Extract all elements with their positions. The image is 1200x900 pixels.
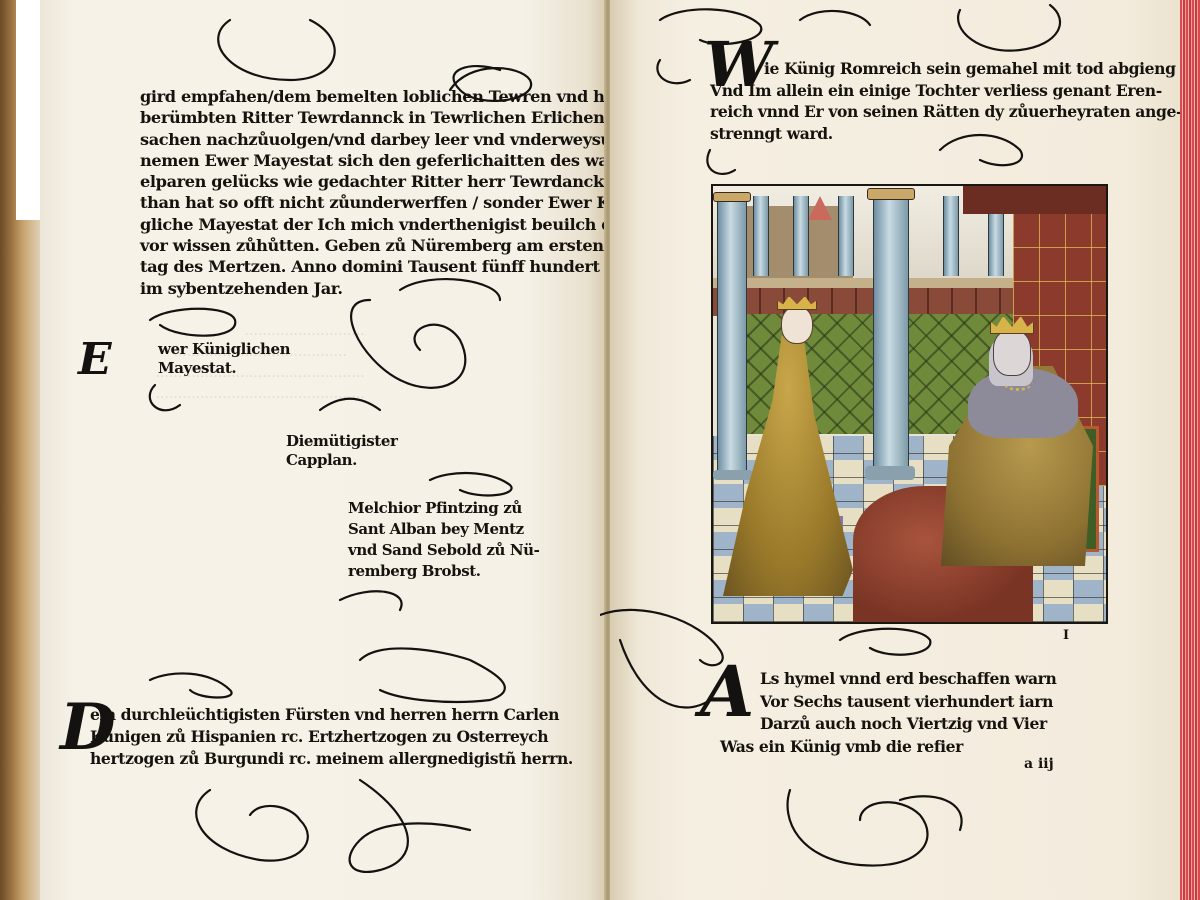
- queen-head: [781, 306, 813, 344]
- verse-line: Was ein Künig vmb die refier: [720, 736, 1056, 759]
- tower-roof: [808, 196, 832, 220]
- signatory-name-line: vnd Sand Sebold zů Nü-: [348, 540, 539, 561]
- small-column: [838, 196, 854, 276]
- text-line: vor wissen zůhůtten. Geben zů Nüremberg …: [140, 235, 648, 256]
- heading-line: ie Künig Romreich sein gemahel mit tod a…: [764, 58, 1182, 80]
- text-line: than hat so offt nicht zůunderwerffen / …: [140, 192, 648, 213]
- dedication-line: hertzogen zů Burgundi rc. meinem allergn…: [90, 748, 573, 770]
- heading-line: Vnd Im allein ein einige Tochter verlies…: [710, 80, 1182, 102]
- ceiling: [963, 186, 1106, 214]
- printer-signature-mark: a iij: [1024, 756, 1054, 772]
- text-line: gird empfahen/dem bemelten loblichen Tew…: [140, 86, 648, 107]
- closing-line: wer Küniglichen: [158, 340, 290, 359]
- text-line: sachen nachzůuolgen/vnd darbey leer vnd …: [140, 129, 648, 150]
- column-base: [865, 466, 915, 480]
- verse-line: Vor Sechs tausent vierhundert iarn: [760, 691, 1056, 714]
- verse-line: Ls hymel vnnd erd beschaffen warn: [760, 668, 1056, 691]
- signatory-title-line: Capplan.: [286, 451, 397, 470]
- initial-letter-a: A: [700, 650, 754, 733]
- heading-line: strenngt ward.: [710, 123, 1182, 145]
- text-line: berümbten Ritter Tewrdannck in Tewrliche…: [140, 107, 648, 128]
- dedication-line: em durchleüchtigisten Fürsten vnd herren…: [90, 704, 573, 726]
- signatory-name-line: Sant Alban bey Mentz: [348, 519, 539, 540]
- small-column: [793, 196, 809, 276]
- verse-line: Darzů auch noch Viertzig vnd Vier: [760, 713, 1056, 736]
- chapter-heading: ie Künig Romreich sein gemahel mit tod a…: [764, 58, 1182, 144]
- text-line: im sybentzehenden Jar.: [140, 278, 648, 299]
- heading-line: reich vnnd Er von seinen Rätten dy zůuer…: [710, 101, 1182, 123]
- small-column: [753, 196, 769, 276]
- text-line: nemen Ewer Mayestat sich den geferlichai…: [140, 150, 648, 171]
- signatory-title: Diemütigister Capplan.: [286, 432, 397, 470]
- preface-text: gird empfahen/dem bemelten loblichen Tew…: [140, 86, 648, 299]
- small-column: [943, 196, 959, 276]
- text-line: gliche Mayestat der Ich mich vnderthenig…: [140, 214, 648, 235]
- dedication-text: em durchleüchtigisten Fürsten vnd herren…: [90, 704, 573, 770]
- column-capital: [713, 192, 751, 202]
- signatory-name-line: Melchior Pfintzing zů: [348, 498, 539, 519]
- initial-letter-e: E: [78, 334, 112, 385]
- red-fore-edge: [1180, 0, 1200, 900]
- signatory-name-line: remberg Brobst.: [348, 561, 539, 582]
- closing-salutation: wer Küniglichen Mayestat.: [118, 340, 290, 378]
- woodcut-illustration: [711, 184, 1108, 624]
- marble-column: [873, 194, 909, 474]
- folio-number: I: [1063, 628, 1069, 643]
- text-line: elparen gelücks wie gedachter Ritter her…: [140, 171, 648, 192]
- column-capital: [867, 188, 915, 200]
- column-base: [713, 470, 753, 480]
- text-line: tag des Mertzen. Anno domini Tausent fün…: [140, 256, 648, 277]
- signatory-title-line: Diemütigister: [286, 432, 397, 451]
- marble-column: [717, 196, 747, 476]
- gold-chain: [1003, 374, 1033, 391]
- closing-line: Mayestat.: [158, 359, 290, 378]
- signatory-name: Melchior Pfintzing zů Sant Alban bey Men…: [348, 498, 539, 582]
- king-head: [993, 330, 1031, 376]
- verse-text: Ls hymel vnnd erd beschaffen warn Vor Se…: [760, 668, 1056, 758]
- dedication-line: Künigen zů Hispanien rc. Ertzhertzogen z…: [90, 726, 573, 748]
